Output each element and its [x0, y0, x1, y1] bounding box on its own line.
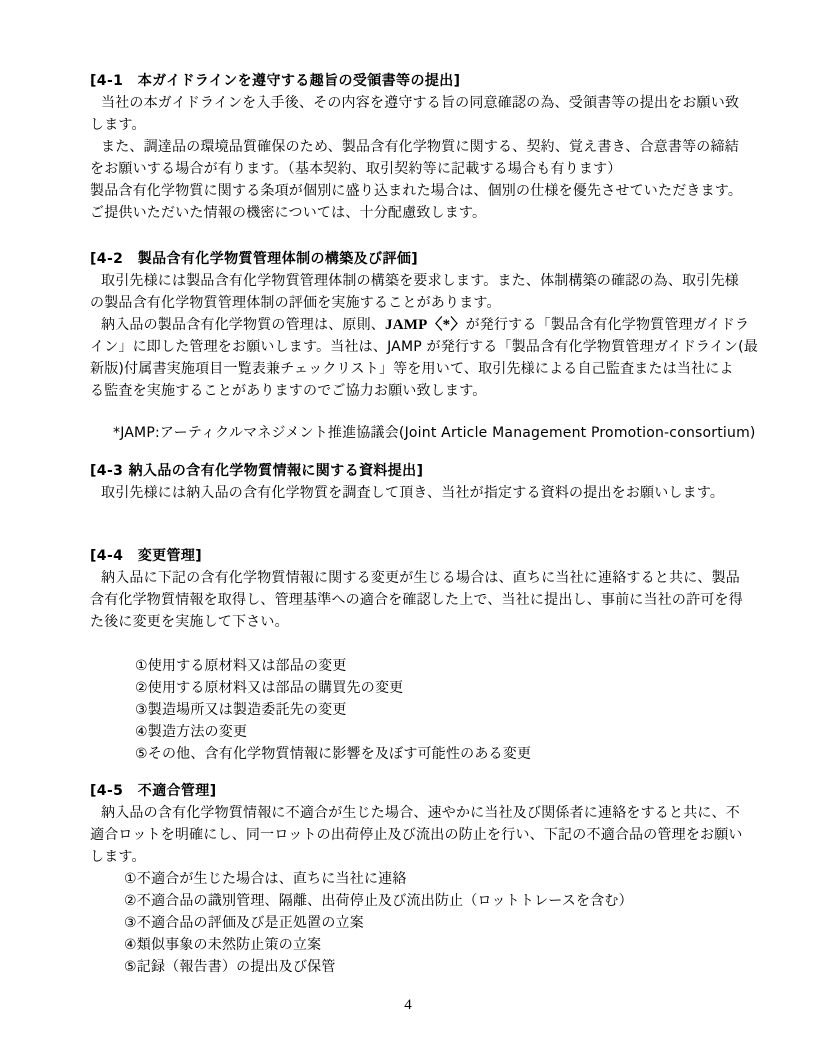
text-line: イン」に即した管理をお願いします。当社は、JAMP が発行する「製品含有化学物質…	[90, 336, 758, 358]
section-title: [4-3 納入品の含有化学物質情報に関する資料提出]	[90, 460, 758, 482]
list-item: ⑤その他、含有化学物質情報に影響を及ぼす可能性のある変更	[90, 743, 758, 765]
section-title: [4-4 変更管理]	[90, 545, 758, 567]
text-line: をお願いする場合が有ります。（基本契約、取引契約等に記載する場合も有ります）	[90, 158, 758, 180]
section-4-2: [4-2 製品含有化学物質管理体制の構築及び評価] 取引先様には製品含有化学物質…	[90, 248, 758, 402]
section-title: [4-1 本ガイドラインを遵守する趣旨の受領書等の提出]	[90, 70, 758, 92]
section-gap	[90, 444, 758, 460]
jamp-bold-text: JAMP〈*〉	[385, 317, 466, 333]
section-title: [4-2 製品含有化学物質管理体制の構築及び評価]	[90, 248, 758, 270]
text-line: 適合ロットを明確にし、同一ロットの出荷停止及び流出の防止を行い、下記の不適合品の…	[90, 824, 758, 846]
text-line: 納入品の含有化学物質情報に不適合が生じた場合、速やかに当社及び関係者に連絡をする…	[90, 802, 758, 824]
text-segment: 納入品の製品含有化学物質の管理は、原則、	[101, 317, 385, 333]
text-line: 取引先様には納入品の含有化学物質を調査して頂き、当社が指定する資料の提出をお願い…	[90, 482, 758, 504]
text-line-with-jamp: 納入品の製品含有化学物質の管理は、原則、JAMP〈*〉が発行する「製品含有化学物…	[90, 314, 758, 336]
list-item: ③不適合品の評価及び是正処置の立案	[90, 912, 758, 934]
list-item: ①不適合が生じた場合は、直ちに当社に連絡	[90, 868, 758, 890]
list-item: ④類似事象の未然防止策の立案	[90, 934, 758, 956]
text-line: します。	[90, 114, 758, 136]
list-item: ②不適合品の識別管理、隔離、出荷停止及び流出防止（ロットトレースを含む）	[90, 890, 758, 912]
text-line: 製品含有化学物質に関する条項が個別に盛り込まれた場合は、個別の仕様を優先させてい…	[90, 180, 758, 202]
list-item: ①使用する原材料又は部品の変更	[90, 655, 758, 677]
section-title: [4-5 不適合管理]	[90, 780, 758, 802]
list-item: ③製造場所又は製造委託先の変更	[90, 699, 758, 721]
document-body: [4-1 本ガイドラインを遵守する趣旨の受領書等の提出] 当社の本ガイドラインを…	[90, 70, 758, 978]
text-line: 当社の本ガイドラインを入手後、その内容を遵守する旨の同意確認の為、受領書等の提出…	[90, 92, 758, 114]
page-number: 4	[0, 997, 816, 1014]
document-page: [4-1 本ガイドラインを遵守する趣旨の受領書等の提出] 当社の本ガイドラインを…	[0, 0, 816, 1056]
list-item: ④製造方法の変更	[90, 721, 758, 743]
text-line: 新版)付属書実施項目一覧表兼チェックリスト」等を用いて、取引先様による自己監査ま…	[90, 358, 758, 380]
text-line: 納入品に下記の含有化学物質情報に関する変更が生じる場合は、直ちに当社に連絡すると…	[90, 567, 758, 589]
section-4-4: [4-4 変更管理] 納入品に下記の含有化学物質情報に関する変更が生じる場合は、…	[90, 545, 758, 765]
text-line: また、調達品の環境品質確保のため、製品含有化学物質に関する、契約、覚え書き、合意…	[90, 136, 758, 158]
text-segment: が発行する「製品含有化学物質管理ガイドラ	[466, 317, 750, 333]
section-gap	[90, 402, 758, 422]
text-line: 取引先様には製品含有化学物質管理体制の構築を要求します。また、体制構築の確認の為…	[90, 270, 758, 292]
section-4-5: [4-5 不適合管理] 納入品の含有化学物質情報に不適合が生じた場合、速やかに当…	[90, 780, 758, 978]
text-line: る監査を実施することがありますのでご協力お願い致します。	[90, 380, 758, 402]
jamp-footnote: *JAMP:アーティクルマネジメント推進協議会(Joint Article Ma…	[90, 422, 758, 444]
section-gap	[90, 504, 758, 545]
text-line: します。	[90, 846, 758, 868]
text-line: の製品含有化学物質管理体制の評価を実施することがあります。	[90, 292, 758, 314]
section-4-1: [4-1 本ガイドラインを遵守する趣旨の受領書等の提出] 当社の本ガイドラインを…	[90, 70, 758, 224]
text-line: 含有化学物質情報を取得し、管理基準への適合を確認した上で、当社に提出し、事前に当…	[90, 589, 758, 611]
section-gap	[90, 224, 758, 248]
text-line: ご提供いただいた情報の機密については、十分配慮致します。	[90, 202, 758, 224]
list-item: ②使用する原材料又は部品の購買先の変更	[90, 677, 758, 699]
text-line: た後に変更を実施して下さい。	[90, 611, 758, 633]
list-gap	[90, 633, 758, 655]
list-item: ⑤記録（報告書）の提出及び保管	[90, 956, 758, 978]
section-gap	[90, 765, 758, 780]
section-4-3: [4-3 納入品の含有化学物質情報に関する資料提出] 取引先様には納入品の含有化…	[90, 460, 758, 504]
